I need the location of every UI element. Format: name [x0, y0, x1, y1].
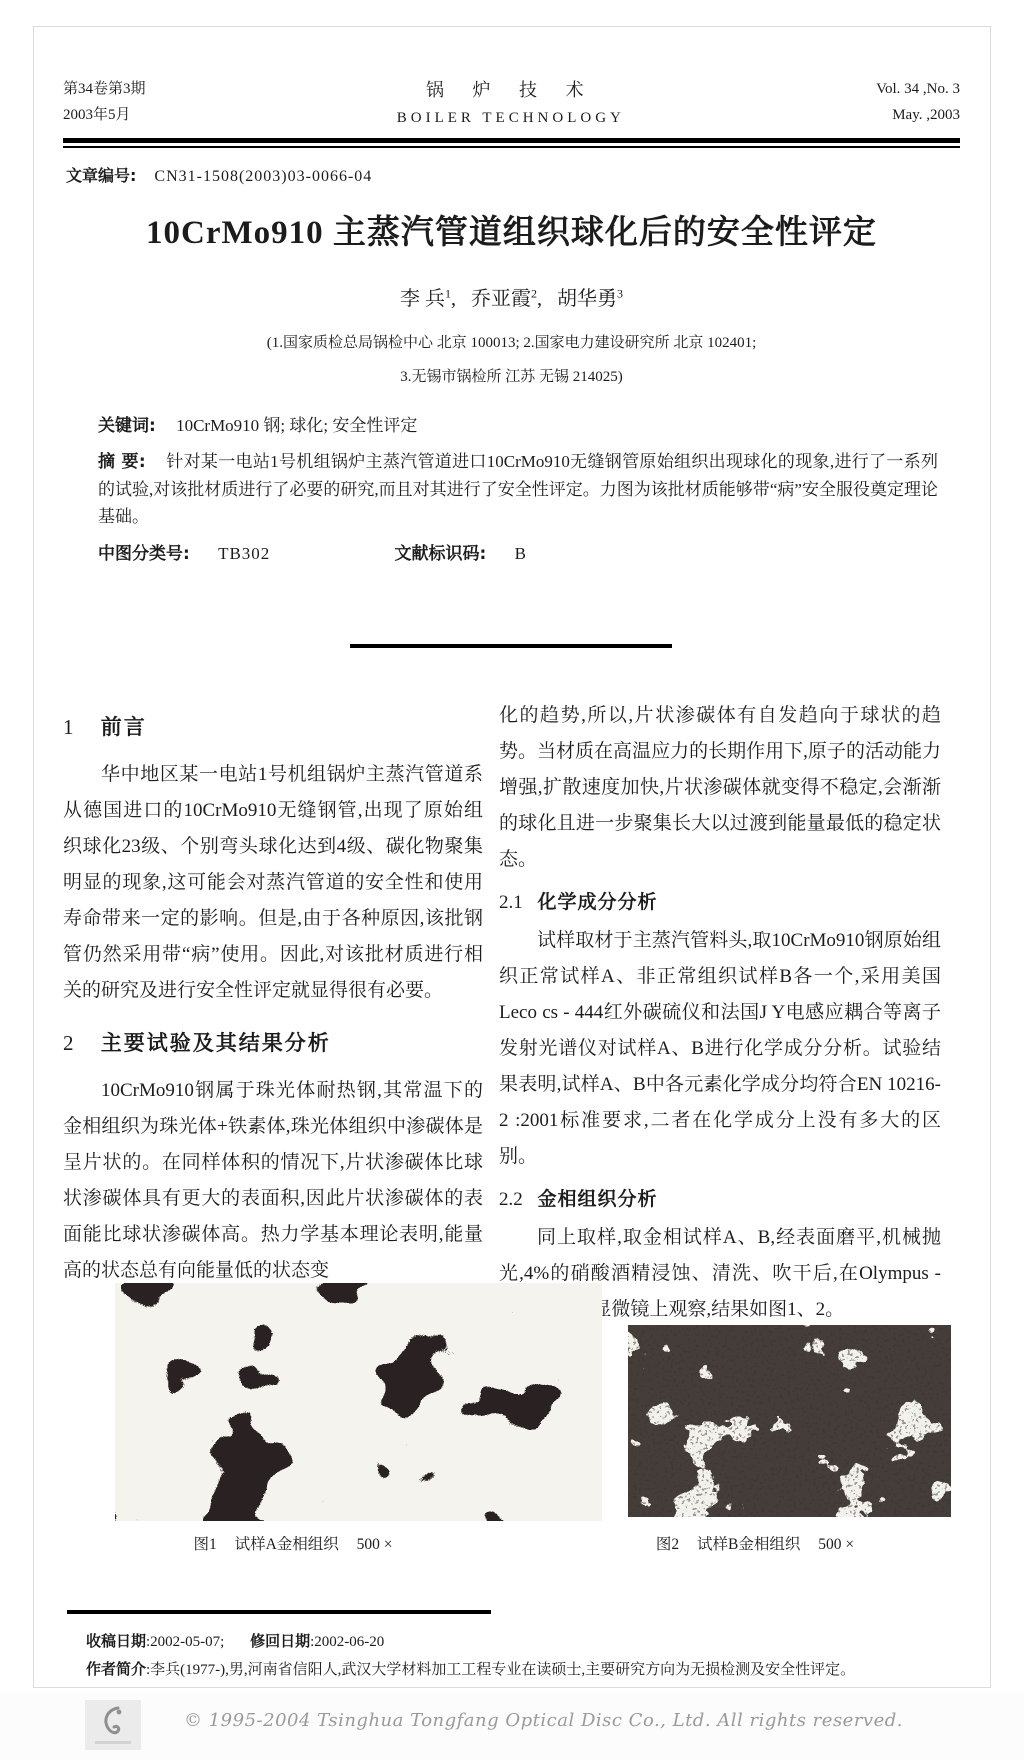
section-1-heading: 1 前言	[63, 707, 483, 747]
received-date-label: 收稿日期	[86, 1632, 146, 1650]
journal-name-cn: 锅 炉 技 术	[397, 76, 625, 102]
abstract-row: 摘 要: 针对某一电站1号机组锅炉主蒸汽管道进口10CrMo910无缝钢管原始组…	[98, 448, 938, 530]
issue-info-cn: 第34卷第3期 2003年5月	[63, 76, 146, 128]
clc-value: TB302	[218, 540, 270, 567]
abstract-block: 关键词: 10CrMo910 钢; 球化; 安全性评定 摘 要: 针对某一电站1…	[98, 412, 938, 568]
issue-date-cn: 2003年5月	[63, 102, 146, 128]
abstract-body-divider	[350, 644, 672, 648]
keywords-row: 关键词: 10CrMo910 钢; 球化; 安全性评定	[98, 412, 938, 440]
keywords-label: 关键词:	[98, 416, 156, 436]
author-bio-row: 作者简介:李兵(1977-),男,河南省信阳人,武汉大学材料加工工程专业在读硕士…	[86, 1656, 966, 1684]
revised-date-value: :2002-06-20	[310, 1634, 384, 1650]
header-rule-thick	[63, 138, 960, 143]
classification-row: 中图分类号: TB302 文献标识码: B	[98, 540, 938, 568]
journal-header: 第34卷第3期 2003年5月 锅 炉 技 术 BOILER TECHNOLOG…	[63, 76, 960, 128]
abstract-text: 针对某一电站1号机组锅炉主蒸汽管道进口10CrMo910无缝钢管原始组织出现球化…	[98, 452, 938, 526]
section-2-title: 主要试验及其结果分析	[101, 1031, 331, 1055]
doc-code-label: 文献标识码:	[395, 544, 487, 564]
section-2-2-number: 2.2	[499, 1189, 523, 1210]
section-2-heading: 2 主要试验及其结果分析	[63, 1023, 483, 1063]
section-2-1-title: 化学成分分析	[538, 891, 658, 913]
figure1-caption-number: 图1	[193, 1536, 216, 1553]
figure2-caption: 图2 试样B金相组织 500 ×	[540, 1532, 970, 1554]
section-2-2-heading: 2.2 金相组织分析	[499, 1181, 941, 1218]
cnki-logo	[85, 1700, 141, 1750]
article-number-row: 文章编号: CN31-1508(2003)03-0066-04	[66, 163, 372, 186]
journal-name: 锅 炉 技 术 BOILER TECHNOLOGY	[397, 76, 625, 127]
section-1-paragraph: 华中地区某一电站1号机组锅炉主蒸汽管道系从德国进口的10CrMo910无缝钢管,…	[63, 757, 483, 1009]
figure1-caption-text: 试样A金相组织	[221, 1536, 339, 1553]
footnote-block: 收稿日期:2002-05-07; 修回日期:2002-06-20 作者简介:李兵…	[86, 1628, 966, 1684]
journal-name-en: BOILER TECHNOLOGY	[397, 110, 625, 127]
abstract-label: 摘 要:	[98, 452, 146, 472]
author-affil-sup: 3	[617, 286, 623, 300]
issue-info-en: Vol. 34 ,No. 3 May. ,2003	[876, 76, 960, 128]
author-bio-label: 作者简介	[86, 1660, 146, 1678]
issue-volume-en: Vol. 34 ,No. 3	[876, 76, 960, 102]
figure1-caption: 图1 试样A金相组织 500 ×	[63, 1532, 523, 1554]
figure2-caption-text: 试样B金相组织	[683, 1536, 800, 1553]
revised-date-label: 修回日期	[250, 1632, 310, 1650]
body-column-left: 1 前言 华中地区某一电站1号机组锅炉主蒸汽管道系从德国进口的10CrMo910…	[63, 703, 483, 1295]
footnote-divider	[67, 1610, 491, 1614]
figure1-micrograph-image	[115, 1283, 602, 1521]
scanned-paper-page: 第34卷第3期 2003年5月 锅 炉 技 术 BOILER TECHNOLOG…	[0, 0, 1024, 1760]
paper-title: 10CrMo910 主蒸汽管道组织球化后的安全性评定	[63, 206, 960, 253]
doc-code-value: B	[515, 540, 526, 567]
keywords-value: 10CrMo910 钢; 球化; 安全性评定	[176, 416, 417, 435]
issue-volume-cn: 第34卷第3期	[63, 76, 146, 102]
figure2-micrograph-image	[628, 1325, 951, 1517]
section-2-2-title: 金相组织分析	[538, 1188, 658, 1210]
section-1-title: 前言	[101, 715, 147, 739]
author-name: 胡华勇	[557, 288, 617, 310]
section-2-continuation: 化的趋势,所以,片状渗碳体有自发趋向于球状的趋势。当材质在高温应力的长期作用下,…	[499, 698, 941, 878]
section-2-1-number: 2.1	[499, 892, 523, 913]
author-name: 乔亚霞	[471, 288, 531, 310]
figure2-caption-magnification: 500 ×	[804, 1536, 854, 1553]
body-column-right: 化的趋势,所以,片状渗碳体有自发趋向于球状的趋势。当材质在高温应力的长期作用下,…	[499, 698, 941, 1334]
author-bio-value: :李兵(1977-),男,河南省信阳人,武汉大学材料加工工程专业在读硕士,主要研…	[146, 1662, 855, 1678]
figure1-micrograph	[115, 1283, 602, 1521]
affiliation-line-2: 3.无锡市锅检所 江苏 无锡 214025)	[63, 365, 960, 386]
figure2-micrograph	[628, 1325, 951, 1517]
dates-row: 收稿日期:2002-05-07; 修回日期:2002-06-20	[86, 1628, 966, 1656]
author-separator: ,	[451, 288, 466, 310]
copyright-bar: © 1995-2004 Tsinghua Tongfang Optical Di…	[0, 1692, 1024, 1760]
author-separator: ,	[537, 288, 552, 310]
received-date-value: :2002-05-07;	[146, 1634, 246, 1650]
affiliation-line-1: (1.国家质检总局锅检中心 北京 100013; 2.国家电力建设研究所 北京 …	[63, 331, 960, 352]
figure1-caption-magnification: 500 ×	[343, 1536, 393, 1553]
author-line: 李 兵1, 乔亚霞2, 胡华勇3	[63, 282, 960, 311]
article-number-label: 文章编号:	[66, 166, 136, 185]
author-name: 李 兵	[400, 288, 445, 310]
section-2-1-heading: 2.1 化学成分分析	[499, 884, 941, 921]
cnki-swoosh-icon	[85, 1700, 141, 1750]
section-2-number: 2	[63, 1031, 74, 1055]
section-2-1-paragraph: 试样取材于主蒸汽管料头,取10CrMo910钢原始组织正常试样A、非正常组织试样…	[499, 923, 941, 1175]
copyright-text: © 1995-2004 Tsinghua Tongfang Optical Di…	[184, 1710, 903, 1731]
clc-label: 中图分类号:	[98, 544, 190, 564]
section-1-number: 1	[63, 715, 74, 739]
figure2-caption-number: 图2	[656, 1536, 679, 1553]
section-2-paragraph: 10CrMo910钢属于珠光体耐热钢,其常温下的金相组织为珠光体+铁素体,珠光体…	[63, 1073, 483, 1289]
header-rule-thin	[63, 146, 960, 148]
issue-date-en: May. ,2003	[876, 102, 960, 128]
article-number-value: CN31-1508(2003)03-0066-04	[154, 168, 372, 185]
